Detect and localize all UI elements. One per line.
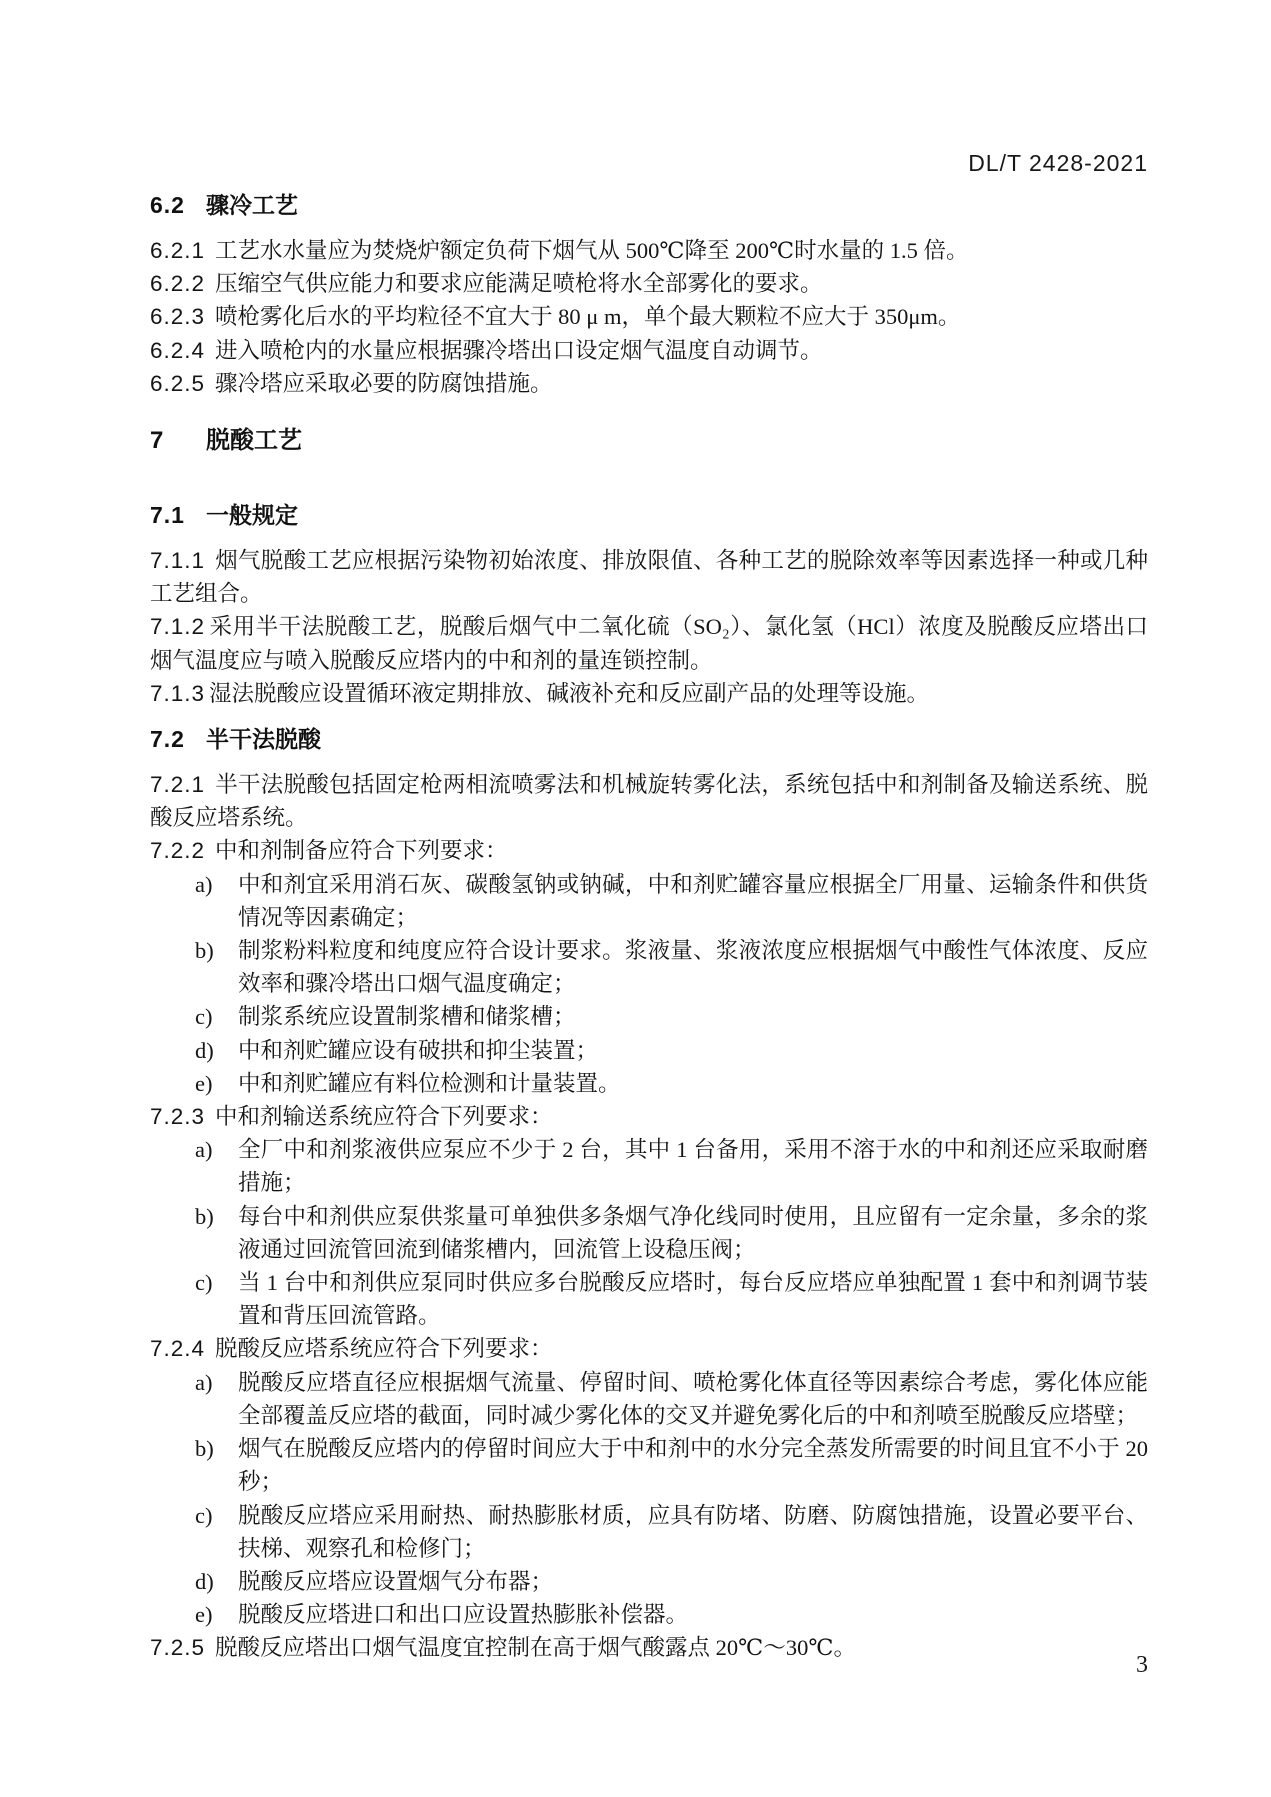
list-text: 每台中和剂供应泵供浆量可单独供多条烟气净化线同时使用，且应留有一定余量，多余的浆…	[238, 1204, 1148, 1262]
clause-number: 6.2.5	[150, 367, 205, 400]
list-text: 当 1 台中和剂供应泵同时供应多台脱酸反应塔时，每台反应塔应单独配置 1 套中和…	[238, 1270, 1148, 1328]
clause-number: 7.1.1	[150, 544, 205, 577]
clause-text: 烟气脱酸工艺应根据污染物初始浓度、排放限值、各种工艺的脱除效率等因素选择一种或几…	[150, 548, 1148, 606]
clause-number: 7.1.3	[150, 677, 205, 710]
list-text: 中和剂贮罐应设有破拱和抑尘装置；	[238, 1038, 598, 1063]
list-item-7-2-3-a: a)全厂中和剂浆液供应泵应不少于 2 台，其中 1 台备用，采用不溶于水的中和剂…	[150, 1133, 1148, 1199]
clause-text: 工艺水水量应为焚烧炉额定负荷下烟气从 500℃降至 200℃时水量的 1.5 倍…	[215, 238, 968, 263]
heading-number: 7	[150, 424, 206, 458]
heading-title: 半干法脱酸	[206, 726, 321, 752]
clause-text: 压缩空气供应能力和要求应能满足喷枪将水全部雾化的要求。	[215, 271, 823, 296]
list-marker: b)	[195, 1200, 214, 1233]
list-marker: c)	[195, 1266, 212, 1299]
clause-text: 半干法脱酸包括固定枪两相流喷雾法和机械旋转雾化法，系统包括中和剂制备及输送系统、…	[150, 772, 1148, 830]
list-item-7-2-3-c: c)当 1 台中和剂供应泵同时供应多台脱酸反应塔时，每台反应塔应单独配置 1 套…	[150, 1266, 1148, 1332]
clause-7-2-1: 7.2.1半干法脱酸包括固定枪两相流喷雾法和机械旋转雾化法，系统包括中和剂制备及…	[150, 768, 1148, 834]
list-text: 制浆系统应设置制浆槽和储浆槽；	[238, 1004, 576, 1029]
list-marker: c)	[195, 1000, 212, 1033]
list-marker: a)	[195, 1366, 212, 1399]
heading-title: 骤冷工艺	[206, 192, 298, 218]
clause-6-2-3: 6.2.3喷枪雾化后水的平均粒径不宜大于 80 μ m，单个最大颗粒不应大于 3…	[150, 300, 1148, 333]
list-marker: e)	[195, 1598, 212, 1631]
list-text: 烟气在脱酸反应塔内的停留时间应大于中和剂中的水分完全蒸发所需要的时间且宜不小于 …	[238, 1436, 1148, 1494]
list-item-7-2-4-a: a)脱酸反应塔直径应根据烟气流量、停留时间、喷枪雾化体直径等因素综合考虑，雾化体…	[150, 1366, 1148, 1432]
list-marker: b)	[195, 1432, 214, 1465]
list-item-7-2-2-a: a)中和剂宜采用消石灰、碳酸氢钠或钠碱，中和剂贮罐容量应根据全厂用量、运输条件和…	[150, 868, 1148, 934]
clause-7-2-4: 7.2.4脱酸反应塔系统应符合下列要求：	[150, 1332, 1148, 1365]
standard-code-header: DL/T 2428-2021	[968, 150, 1148, 176]
list-marker: a)	[195, 868, 212, 901]
list-text: 脱酸反应塔应设置烟气分布器；	[238, 1569, 553, 1594]
document-page: DL/T 2428-2021 6.2骤冷工艺 6.2.1工艺水水量应为焚烧炉额定…	[0, 0, 1271, 1797]
section-heading-7-2: 7.2半干法脱酸	[150, 722, 1148, 756]
list-text: 制浆粉料粒度和纯度应符合设计要求。浆液量、浆液浓度应根据烟气中酸性气体浓度、反应…	[238, 938, 1148, 996]
clause-number: 7.2.4	[150, 1332, 205, 1365]
list-item-7-2-2-d: d)中和剂贮罐应设有破拱和抑尘装置；	[150, 1034, 1148, 1067]
clause-text: 喷枪雾化后水的平均粒径不宜大于 80 μ m，单个最大颗粒不应大于 350μm。	[215, 304, 960, 329]
clause-6-2-4: 6.2.4进入喷枪内的水量应根据骤冷塔出口设定烟气温度自动调节。	[150, 334, 1148, 367]
heading-number: 7.2	[150, 722, 206, 756]
list-item-7-2-2-c: c)制浆系统应设置制浆槽和储浆槽；	[150, 1000, 1148, 1033]
clause-6-2-2: 6.2.2压缩空气供应能力和要求应能满足喷枪将水全部雾化的要求。	[150, 267, 1148, 300]
section-heading-7-1: 7.1一般规定	[150, 498, 1148, 532]
clause-text: 骤冷塔应采取必要的防腐蚀措施。	[215, 371, 553, 396]
page-number: 3	[1136, 1651, 1148, 1679]
section-heading-6-2: 6.2骤冷工艺	[150, 188, 1148, 222]
clause-text: 中和剂输送系统应符合下列要求：	[215, 1104, 553, 1129]
clause-7-1-2: 7.1.2采用半干法脱酸工艺，脱酸后烟气中二氧化硫（SO₂）、氯化氢（HCl）浓…	[150, 610, 1148, 676]
clause-number: 6.2.4	[150, 334, 205, 367]
list-text: 脱酸反应塔应采用耐热、耐热膨胀材质，应具有防堵、防磨、防腐蚀措施，设置必要平台、…	[238, 1503, 1148, 1561]
chapter-heading-7: 7脱酸工艺	[150, 424, 1148, 458]
clause-text: 进入喷枪内的水量应根据骤冷塔出口设定烟气温度自动调节。	[215, 338, 823, 363]
clause-number: 7.2.1	[150, 768, 205, 801]
list-text: 中和剂贮罐应有料位检测和计量装置。	[238, 1071, 621, 1096]
clause-6-2-5: 6.2.5骤冷塔应采取必要的防腐蚀措施。	[150, 367, 1148, 400]
list-text: 脱酸反应塔直径应根据烟气流量、停留时间、喷枪雾化体直径等因素综合考虑，雾化体应能…	[238, 1370, 1148, 1428]
list-marker: a)	[195, 1133, 212, 1166]
list-item-7-2-2-e: e)中和剂贮罐应有料位检测和计量装置。	[150, 1067, 1148, 1100]
list-item-7-2-4-d: d)脱酸反应塔应设置烟气分布器；	[150, 1565, 1148, 1598]
list-text: 全厂中和剂浆液供应泵应不少于 2 台，其中 1 台备用，采用不溶于水的中和剂还应…	[238, 1137, 1148, 1195]
clause-7-2-2: 7.2.2中和剂制备应符合下列要求：	[150, 834, 1148, 867]
clause-number: 6.2.1	[150, 234, 205, 267]
clause-number: 7.2.3	[150, 1100, 205, 1133]
list-marker: d)	[195, 1565, 214, 1598]
heading-number: 7.1	[150, 498, 206, 532]
clause-text: 脱酸反应塔系统应符合下列要求：	[215, 1336, 553, 1361]
list-marker: c)	[195, 1499, 212, 1532]
heading-title: 一般规定	[206, 502, 298, 528]
list-marker: d)	[195, 1034, 214, 1067]
clause-6-2-1: 6.2.1工艺水水量应为焚烧炉额定负荷下烟气从 500℃降至 200℃时水量的 …	[150, 234, 1148, 267]
clause-number: 6.2.2	[150, 267, 205, 300]
clause-7-2-3: 7.2.3中和剂输送系统应符合下列要求：	[150, 1100, 1148, 1133]
clause-text: 采用半干法脱酸工艺，脱酸后烟气中二氧化硫（SO₂）、氯化氢（HCl）浓度及脱酸反…	[150, 614, 1148, 672]
clause-text: 中和剂制备应符合下列要求：	[215, 838, 508, 863]
clause-number: 7.2.5	[150, 1631, 205, 1664]
clause-7-1-3: 7.1.3湿法脱酸应设置循环液定期排放、碱液补充和反应副产品的处理等设施。	[150, 677, 1148, 710]
clause-text: 脱酸反应塔出口烟气温度宜控制在高于烟气酸露点 20℃～30℃。	[215, 1635, 856, 1660]
clause-text: 湿法脱酸应设置循环液定期排放、碱液补充和反应副产品的处理等设施。	[209, 681, 929, 706]
list-item-7-2-4-c: c)脱酸反应塔应采用耐热、耐热膨胀材质，应具有防堵、防磨、防腐蚀措施，设置必要平…	[150, 1499, 1148, 1565]
list-item-7-2-2-b: b)制浆粉料粒度和纯度应符合设计要求。浆液量、浆液浓度应根据烟气中酸性气体浓度、…	[150, 934, 1148, 1000]
clause-7-2-5: 7.2.5脱酸反应塔出口烟气温度宜控制在高于烟气酸露点 20℃～30℃。	[150, 1631, 1148, 1664]
list-item-7-2-3-b: b)每台中和剂供应泵供浆量可单独供多条烟气净化线同时使用，且应留有一定余量，多余…	[150, 1200, 1148, 1266]
heading-title: 脱酸工艺	[206, 427, 302, 454]
list-item-7-2-4-e: e)脱酸反应塔进口和出口应设置热膨胀补偿器。	[150, 1598, 1148, 1631]
clause-number: 6.2.3	[150, 300, 205, 333]
list-marker: e)	[195, 1067, 212, 1100]
heading-number: 6.2	[150, 188, 206, 222]
list-item-7-2-4-b: b)烟气在脱酸反应塔内的停留时间应大于中和剂中的水分完全蒸发所需要的时间且宜不小…	[150, 1432, 1148, 1498]
list-text: 中和剂宜采用消石灰、碳酸氢钠或钠碱，中和剂贮罐容量应根据全厂用量、运输条件和供货…	[238, 872, 1148, 930]
clause-number: 7.2.2	[150, 834, 205, 867]
list-marker: b)	[195, 934, 214, 967]
list-text: 脱酸反应塔进口和出口应设置热膨胀补偿器。	[238, 1602, 688, 1627]
clause-number: 7.1.2	[150, 610, 205, 643]
clause-7-1-1: 7.1.1烟气脱酸工艺应根据污染物初始浓度、排放限值、各种工艺的脱除效率等因素选…	[150, 544, 1148, 610]
